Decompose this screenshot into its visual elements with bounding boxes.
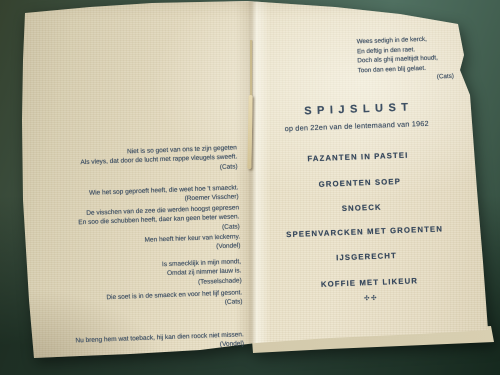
binding-thread xyxy=(250,40,252,100)
paper-stack: Niet is so goet van ons te zijn gegeten … xyxy=(0,0,500,375)
quote: De visschen van de zee die werden hoogst… xyxy=(78,203,240,237)
quote: Men heeft hier keur van leckerny. (Vonde… xyxy=(144,232,240,254)
quote: Is smaecklijk in mijn mondt, Omdat zij n… xyxy=(162,257,242,288)
epigraph: Wees sedigh in de kerck, En deftig in de… xyxy=(356,34,454,85)
menu-card-photo: Niet is so goet van ons te zijn gegeten … xyxy=(0,0,500,375)
quote: Niet is so goet van ons te zijn gegeten … xyxy=(80,143,238,177)
